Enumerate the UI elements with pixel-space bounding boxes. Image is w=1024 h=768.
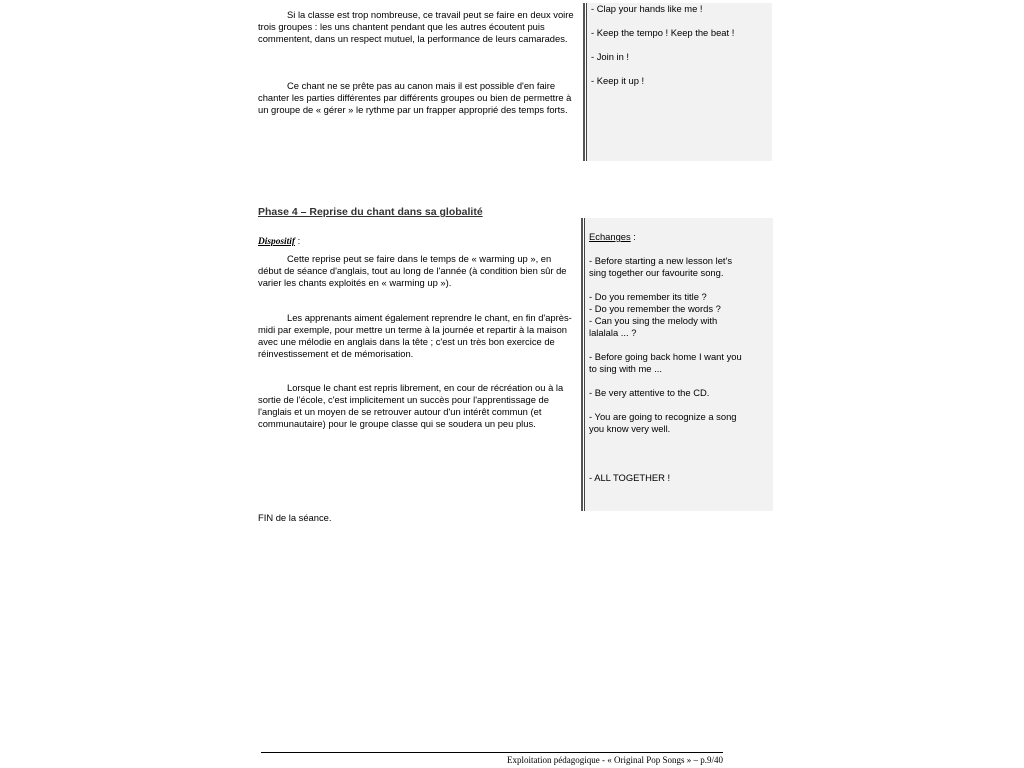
paragraph-afternoon: Les apprenants aiment également reprendr… <box>258 312 576 360</box>
box-line: you know very well. <box>589 423 670 435</box>
dispositif-colon: : <box>295 235 300 246</box>
echanges-colon: : <box>631 231 636 242</box>
box-line: sing together our favourite song. <box>589 267 723 279</box>
section-title-phase4: Phase 4 – Reprise du chant dans sa globa… <box>258 206 483 219</box>
box-line: - Keep the tempo ! Keep the beat ! <box>591 27 734 39</box>
exchange-box-phase4: Echanges : - Before starting a new lesso… <box>584 218 773 511</box>
box-line: - ALL TOGETHER ! <box>589 472 670 484</box>
paragraph-warming-up: Cette reprise peut se faire dans le temp… <box>258 253 576 289</box>
paragraph-recreation: Lorsque le chant est repris librement, e… <box>258 382 576 430</box>
box-line: - Do you remember the words ? <box>589 303 721 315</box>
dispositif-label: Dispositif <box>258 237 295 247</box>
footer-divider <box>261 752 723 753</box>
end-of-session-text: FIN de la séance. <box>258 512 331 524</box>
box-line: - Can you sing the melody with <box>589 315 717 327</box>
exchange-box-top: - Clap your hands like me ! - Keep the t… <box>586 3 772 161</box>
paragraph-text: Cette reprise peut se faire dans le temp… <box>258 253 567 288</box>
box-line: - Be very attentive to the CD. <box>589 387 709 399</box>
paragraph-class-groups: Si la classe est trop nombreuse, ce trav… <box>258 9 576 45</box>
dispositif-heading: Dispositif : <box>258 235 300 248</box>
box-line: - Join in ! <box>591 51 629 63</box>
paragraph-canon: Ce chant ne se prête pas au canon mais i… <box>258 80 576 116</box>
box-line: - Before starting a new lesson let's <box>589 255 732 267</box>
box-line: lalalala ... ? <box>589 327 636 339</box>
paragraph-text: Les apprenants aiment également reprendr… <box>258 312 572 359</box>
box-line: to sing with me ... <box>589 363 662 375</box>
box-line: - Keep it up ! <box>591 75 644 87</box>
paragraph-text: Lorsque le chant est repris librement, e… <box>258 382 563 429</box>
box-line: - Before going back home I want you <box>589 351 742 363</box>
footer-page-info: Exploitation pédagogique - « Original Po… <box>507 755 723 766</box>
box-line: - Clap your hands like me ! <box>591 3 703 15</box>
paragraph-text: Ce chant ne se prête pas au canon mais i… <box>258 80 571 115</box>
paragraph-text: Si la classe est trop nombreuse, ce trav… <box>258 9 574 44</box>
box-line: - You are going to recognize a song <box>589 411 737 423</box>
echanges-heading: Echanges : <box>589 231 636 243</box>
box-line: - Do you remember its title ? <box>589 291 707 303</box>
echanges-label: Echanges <box>589 231 631 242</box>
